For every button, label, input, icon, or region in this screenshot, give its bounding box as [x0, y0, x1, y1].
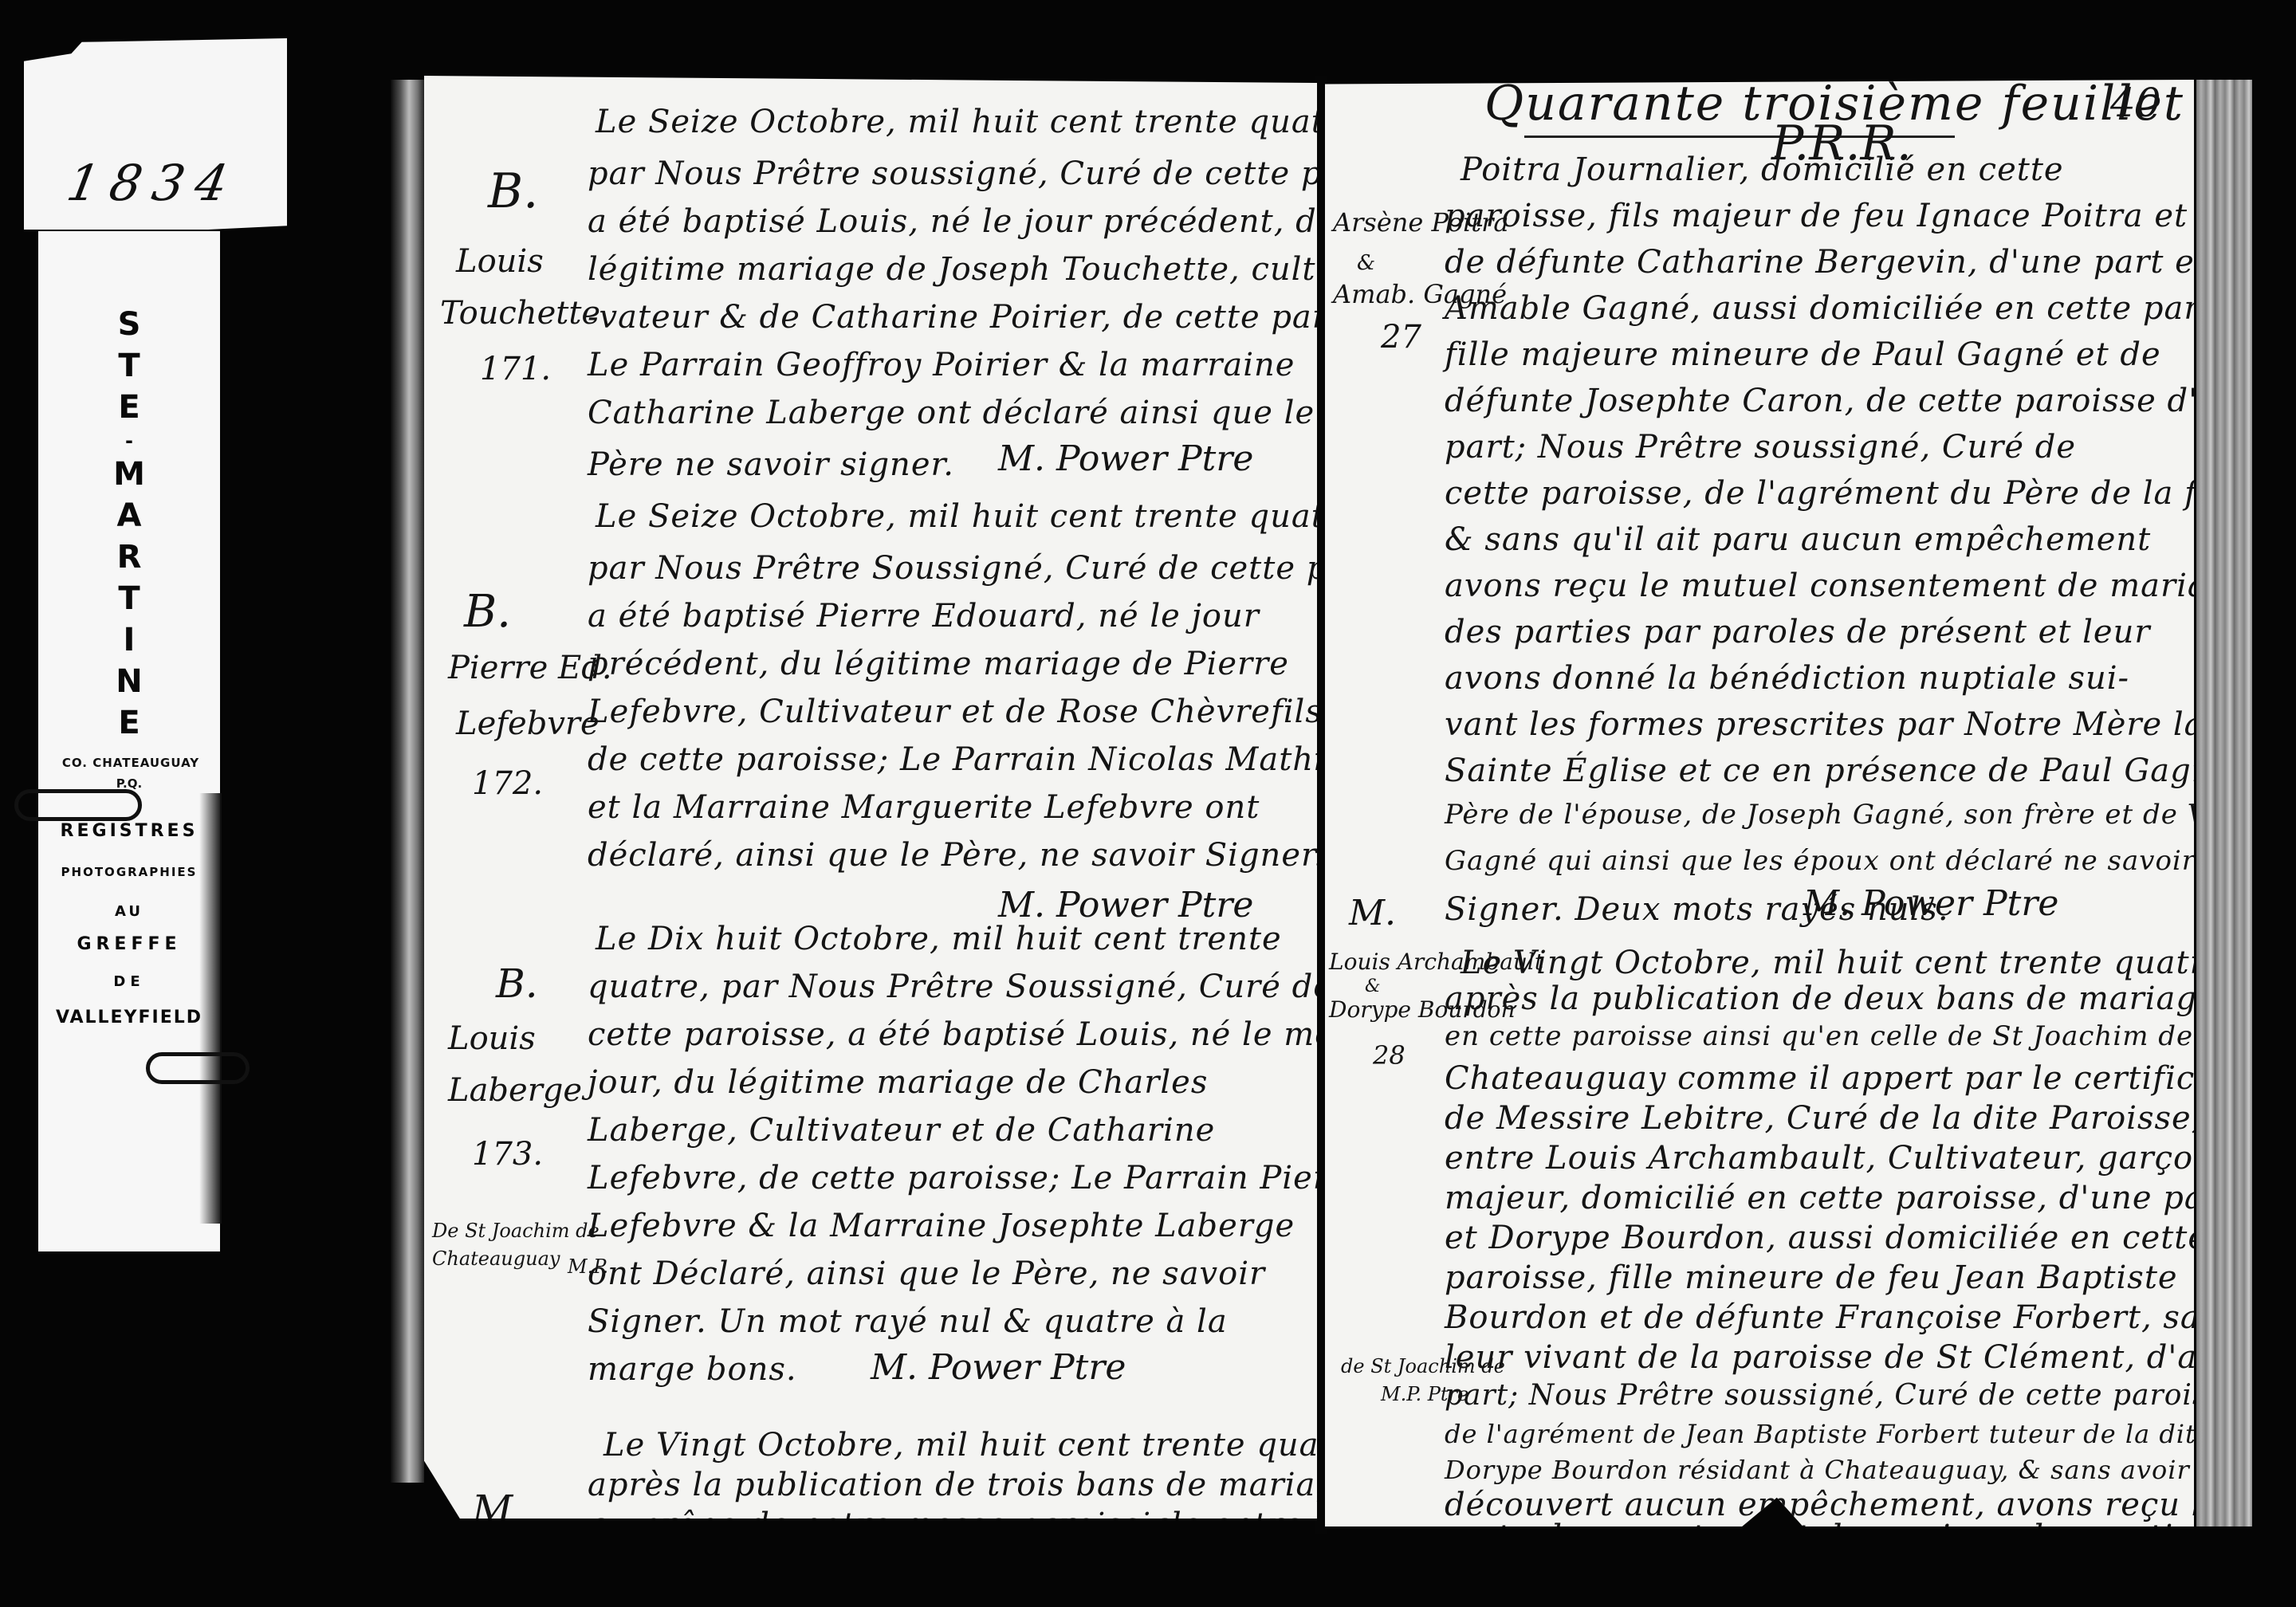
priest-signature: M. Power Ptre: [998, 885, 1253, 925]
record-line: paroisse, fils majeur de feu Ignace Poit…: [1445, 198, 2188, 234]
priest-signature: M. Power Ptre: [998, 438, 1253, 479]
record-line: vant les formes prescrites par Notre Mèr…: [1445, 706, 2204, 743]
record-line: Lefebvre, de cette paroisse; Le Parrain …: [588, 1160, 1365, 1196]
record-line: Gagné qui ainsi que les époux ont déclar…: [1445, 845, 2196, 877]
parish-letter: R: [117, 540, 142, 575]
record-line: par Nous Prêtre soussigné, Curé de cette…: [588, 155, 1443, 192]
parish-letter: -: [125, 431, 133, 450]
left-page: B. Louis Touchette 171. Le Seize Octobre…: [424, 76, 1317, 1519]
strip-shadow: [199, 793, 222, 1224]
year-label-card: 1834: [24, 38, 287, 230]
stamp-line: PHOTOGRAPHIES: [38, 865, 220, 879]
record-line: Signer. Un mot rayé nul & quatre à la: [588, 1303, 1228, 1340]
record-line: cette paroisse, a été baptisé Louis, né …: [588, 1016, 1385, 1053]
record-line: part; Nous Prêtre soussigné, Curé de cet…: [1445, 1379, 2241, 1412]
record-line: Le Vingt Octobre, mil huit cent trente q…: [1461, 945, 2225, 981]
parish-letter: M: [113, 457, 145, 492]
record-line: leur vivant de la paroisse de St Clément…: [1445, 1339, 2268, 1376]
record-line: majeur, domicilié en cette paroisse, d'u…: [1445, 1180, 2234, 1216]
margin-name: Louis: [448, 1020, 536, 1057]
book-gutter: [1315, 76, 1327, 1534]
entry-number: 171.: [480, 351, 551, 387]
record-line: marge bons.: [588, 1351, 797, 1388]
record-line: part; Nous Prêtre soussigné, Curé de: [1445, 429, 2076, 466]
parish-letter: T: [118, 348, 140, 383]
parish-letter: A: [117, 498, 142, 533]
record-line: avons reçu le mutuel consentement de mar…: [1445, 568, 2248, 604]
record-line: par paroles de présent & leur avons donn…: [1445, 1550, 2212, 1587]
record-line: précédent, du légitime mariage de Pierre: [588, 646, 1289, 682]
record-line: Le Seize Octobre, mil huit cent trente q…: [596, 104, 1361, 140]
parish-letter: E: [118, 390, 140, 425]
parish-letter: E: [118, 705, 140, 741]
entry-type-mark: M.: [1349, 893, 1396, 933]
record-line: après la publication de trois bans de ma…: [588, 1467, 1357, 1503]
record-line: des parties par paroles de présent et le…: [1445, 614, 2150, 650]
record-line: jour, du légitime mariage de Charles: [588, 1064, 1208, 1101]
stamp-line: DE: [38, 973, 220, 990]
entry-type-mark: B.: [496, 961, 538, 1007]
record-line: Lefebvre, Cultivateur et de Rose Chèvref…: [588, 693, 1323, 730]
entry-type-mark: M: [472, 1487, 513, 1533]
record-line: Père de l'épouse, de Joseph Gagné, son f…: [1445, 799, 2255, 831]
stamp-line: REGISTRES: [38, 821, 220, 841]
record-line: défunte Josephte Caron, de cette paroiss…: [1445, 383, 2289, 419]
record-line: paroisse, fille mineure de feu Jean Bapt…: [1445, 1259, 2178, 1296]
record-line: Chateauguay comme il appert par le certi…: [1445, 1060, 2228, 1097]
record-line: après la publication de deux bans de mar…: [1445, 980, 2217, 1017]
margin-name: &: [1365, 976, 1381, 996]
county-label: CO. CHATEAUGUAY: [43, 756, 218, 770]
record-line: déclaré, ainsi que le Père, ne savoir Si…: [588, 837, 1324, 874]
parish-letter: T: [118, 581, 140, 616]
record-line: et Dorype Bourdon, aussi domiciliée en c…: [1445, 1220, 2208, 1256]
priest-signature: M. Power Ptre: [871, 1347, 1126, 1388]
record-line: Le Seize Octobre, mil huit cent trente q…: [596, 498, 1361, 535]
record-line: avons donné la bénédiction nuptiale sui-: [1445, 660, 2129, 697]
parish-letter: I: [124, 623, 136, 658]
record-line: Catharine Laberge ont déclaré ainsi que …: [588, 395, 1315, 431]
record-line: en cette paroisse ainsi qu'en celle de S…: [1445, 1020, 2193, 1052]
margin-annotation: De St Joachim de: [432, 1220, 600, 1242]
entry-number: 28: [1373, 1040, 1406, 1071]
page-number: 40: [2110, 80, 2161, 126]
record-line: de l'agrément de Jean Baptiste Forbert t…: [1445, 1419, 2212, 1449]
record-line: de défunte Catharine Bergevin, d'une par…: [1445, 244, 2208, 281]
margin-annotation: Chateauguay: [432, 1247, 560, 1270]
entry-number: 172.: [472, 765, 543, 802]
record-line: Père ne savoir signer.: [588, 446, 954, 483]
right-page: Quarante troisième feuillet 40 P.R.R. Ar…: [1325, 80, 2194, 1526]
record-line: Le Dix huit Octobre, mil huit cent trent…: [596, 921, 1282, 957]
record-line: de Messire Lebitre, Curé de la dite Paro…: [1445, 1100, 2202, 1137]
margin-name: Lefebvre: [456, 705, 600, 742]
record-line: entre Louis Archambault, Cultivateur, ga…: [1445, 1140, 2215, 1177]
record-line: a été baptisé Louis, né le jour précéden…: [588, 203, 1338, 240]
entry-number: 173.: [472, 1136, 543, 1173]
margin-name: Louis: [456, 243, 544, 280]
record-line: Dorype Bourdon résidant à Chateauguay, &…: [1445, 1455, 2190, 1485]
book-edge-left: [391, 80, 424, 1483]
record-line: a été baptisé Pierre Edouard, né le jour: [588, 598, 1260, 635]
registry-stamp: REGISTRES PHOTOGRAPHIES AU GREFFE DE VAL…: [38, 821, 220, 1027]
record-line: Poitra Journalier, domicilié en cette: [1461, 151, 2064, 188]
margin-name: &: [1357, 251, 1375, 275]
entry-type-mark: B.: [464, 586, 511, 638]
record-line: au prône de notre messe paroissiale entr…: [588, 1507, 1432, 1543]
parish-label-strip: S T E - M A R T I N E CO. CHATEAUGUAY P.…: [38, 231, 220, 1251]
margin-name: Laberge: [448, 1072, 582, 1109]
stamp-line: VALLEYFIELD: [38, 1008, 220, 1027]
record-line: Sainte Église et ce en présence de Paul …: [1445, 752, 2232, 789]
record-line: -vateur & de Catharine Poirier, de cette…: [588, 299, 1425, 336]
record-line: Lefebvre & la Marraine Josephte Laberge: [588, 1208, 1295, 1244]
record-line: Bourdon et de défunte Françoise Forbert,…: [1445, 1299, 2200, 1336]
stamp-line: GREFFE: [38, 934, 220, 954]
parish-letter: S: [118, 307, 141, 342]
entry-type-mark: B.: [488, 163, 538, 219]
paperclip-icon: [14, 789, 142, 821]
book-edge-right: [2196, 80, 2252, 1526]
record-line: quatre, par Nous Prêtre Soussigné, Curé …: [588, 969, 1333, 1005]
margin-name: Touchette: [440, 295, 600, 332]
record-line: Le Parrain Geoffroy Poirier & la marrain…: [588, 347, 1295, 383]
record-line: de cette paroisse; Le Parrain Nicolas Ma…: [588, 741, 1366, 778]
record-line: mutuel consentement de mariage des parti…: [1445, 1519, 2211, 1555]
record-line: fille majeure mineure de Paul Gagné et d…: [1445, 336, 2161, 373]
record-line: et la Marraine Marguerite Lefebvre ont: [588, 789, 1260, 826]
record-line: cette paroisse, de l'agrément du Père de…: [1445, 475, 2250, 512]
paperclip-icon: [146, 1052, 250, 1084]
record-line: Le Vingt Octobre, mil huit cent trente q…: [603, 1427, 1368, 1464]
year-label: 1834: [63, 154, 244, 212]
record-line: ont Déclaré, ainsi que le Père, ne savoi…: [588, 1255, 1265, 1292]
parish-name-vertical: S T E - M A R T I N E: [38, 307, 220, 741]
record-line: Laberge, Cultivateur et de Catharine: [588, 1112, 1215, 1149]
record-line: légitime mariage de Joseph Touchette, cu…: [588, 251, 1339, 288]
stamp-line: AU: [38, 903, 220, 920]
priest-signature: M. Power Ptre: [1803, 883, 2058, 924]
parish-letter: N: [116, 664, 142, 699]
entry-number: 27: [1381, 319, 1421, 356]
record-line: Amable Gagné, aussi domiciliée en cette …: [1445, 290, 2285, 327]
record-line: & sans qu'il ait paru aucun empêchement: [1445, 521, 2151, 558]
